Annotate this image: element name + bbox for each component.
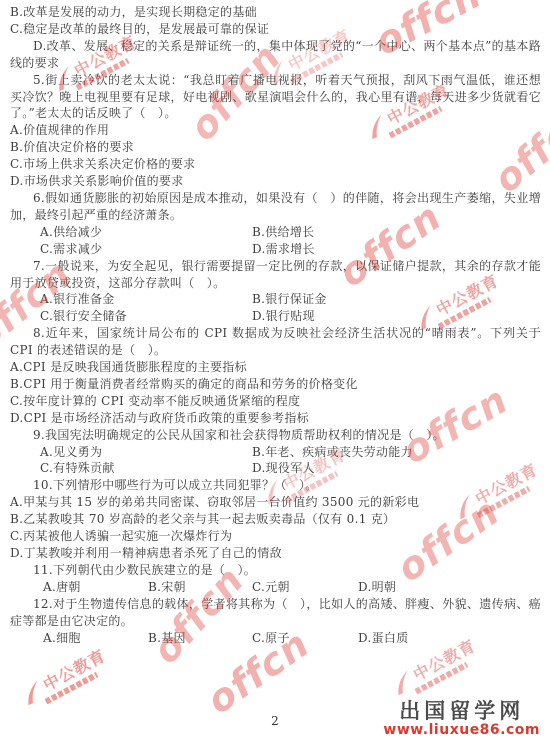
- option-cell: C.有特殊贡献: [40, 460, 252, 477]
- option-row: C.需求减少D.需求增长: [10, 241, 541, 258]
- option-cell: B.基因: [148, 630, 252, 647]
- liuxue86-site-name: 出国留学网: [383, 699, 540, 723]
- option-cell: B.供给增长: [252, 224, 541, 241]
- option-text: A.CPI 是反映我国通货膨胀程度的主要指标: [10, 359, 541, 376]
- option-cell: C.需求减少: [40, 241, 252, 258]
- swoosh-icon: [19, 679, 48, 707]
- option-cell: A.唐朝: [43, 579, 148, 596]
- watermark-logo-row: 中公教育: [17, 643, 109, 707]
- option-cell: C.银行安全储备: [40, 308, 252, 325]
- option-row: A.唐朝B.宋朝C.元朝D.明朝: [10, 579, 541, 596]
- option-cell: A.银行准备金: [40, 291, 252, 308]
- option-cell: D.银行贴现: [252, 308, 541, 325]
- option-text: C.市场上供求关系决定价格的要求: [10, 156, 541, 173]
- option-cell: B.年老、疾病或丧失劳动能力: [252, 444, 541, 461]
- question-text: 11.下列朝代由少数民族建立的是（ ）。: [10, 562, 541, 579]
- document-body: B.改革是发展的动力，是实现长期稳定的基础C.稳定是改革的最终目的，是发展最可靠…: [10, 4, 541, 646]
- option-cell: D.需求增长: [252, 241, 541, 258]
- option-text: C.按年度计算的 CPI 变动率不能反映通货紧缩的程度: [10, 393, 541, 410]
- option-text: B.乙某教唆其 70 岁高龄的老父亲与其一起去贩卖毒品（仅有 0.1 克）: [10, 511, 541, 528]
- option-text: D.CPI 是市场经济活动与政府货币政策的重要参考指标: [10, 410, 541, 427]
- option-text: B.CPI 用于衡量消费者经常购买的确定的商品和劳务的价格变化: [10, 376, 541, 393]
- option-cell: D.明朝: [358, 579, 541, 596]
- liuxue86-logo: 出国留学网 www.liuxue86.com: [383, 699, 540, 738]
- watermark-slogan-bar: [414, 662, 468, 695]
- question-text: 9.我国宪法明确规定的公民从国家和社会获得物质帮助权利的情况是（ ）。: [10, 427, 541, 444]
- question-text: 6.假如通货膨胀的初始原因是成本推动，如果没有（ ）的伴随，将会出现生产萎缩，失…: [10, 190, 541, 224]
- exam-page: B.改革是发展的动力，是实现长期稳定的基础C.稳定是改革的最终目的，是发展最可靠…: [0, 0, 550, 751]
- option-cell: A.细胞: [43, 630, 148, 647]
- question-text: 5.街上卖冷饮的老太太说：“我总盯着广播电视报，听着天气预报，刮风下雨气温低，谁…: [10, 72, 541, 123]
- option-text: B.改革是发展的动力，是实现长期稳定的基础: [10, 4, 541, 21]
- watermark-slogan-bar: [44, 672, 98, 705]
- option-cell: B.宋朝: [148, 579, 252, 596]
- watermark-zhonggong-logo: 中公教育: [17, 643, 112, 713]
- option-text: A.价值规律的作用: [10, 122, 541, 139]
- option-text: D.市场供求关系影响价值的要求: [10, 173, 541, 190]
- question-text: 7.一般说来，为安全起见，银行需要提留一定比例的存款，以保证储户提款，其余的存款…: [10, 258, 541, 292]
- option-cell: C.元朝: [252, 579, 358, 596]
- watermark-zhonggong-text: 中公教育: [39, 643, 110, 695]
- swoosh-icon: [389, 669, 418, 697]
- liuxue86-site-url: www.liuxue86.com: [383, 723, 540, 738]
- option-cell: D.现役军人: [252, 460, 541, 477]
- option-text: C.丙某被他人诱骗一起实施一次爆炸行为: [10, 528, 541, 545]
- question-text: 8.近年来，国家统计局公布的 CPI 数据成为反映社会经济生活状况的“晴雨表”。…: [10, 325, 541, 359]
- option-cell: A.供给减少: [40, 224, 252, 241]
- option-text: D.丁某教唆并利用一精神病患者杀死了自己的情敌: [10, 545, 541, 562]
- option-cell: C.原子: [252, 630, 358, 647]
- option-cell: D.蛋白质: [358, 630, 541, 647]
- question-text: 10.下列情形中哪些行为可以成立共同犯罪？（ ）。: [10, 477, 541, 494]
- option-text: B.价值决定价格的要求: [10, 139, 541, 156]
- option-text: C.稳定是改革的最终目的，是发展最可靠的保证: [10, 21, 541, 38]
- option-cell: B.银行保证金: [252, 291, 541, 308]
- question-text: 12.对于生物遗传信息的载体，学者将其称为（ ），比如人的高矮、胖瘦、外貌、遗传…: [10, 596, 541, 630]
- option-text: A.甲某与其 15 岁的弟弟共同密谋、窃取邻居一台价值约 3500 元的新彩电: [10, 494, 541, 511]
- option-row: C.银行安全储备D.银行贴现: [10, 308, 541, 325]
- option-row: A.见义勇为B.年老、疾病或丧失劳动能力: [10, 444, 541, 461]
- option-row: A.银行准备金B.银行保证金: [10, 291, 541, 308]
- option-row: C.有特殊贡献D.现役军人: [10, 460, 541, 477]
- option-cell: A.见义勇为: [40, 444, 252, 461]
- question-text: D.改革、发展、稳定的关系是辩证统一的，集中体现了党的“一个中心、两个基本点”的…: [10, 38, 541, 72]
- option-row: A.供给减少B.供给增长: [10, 224, 541, 241]
- option-row: A.细胞B.基因C.原子D.蛋白质: [10, 630, 541, 647]
